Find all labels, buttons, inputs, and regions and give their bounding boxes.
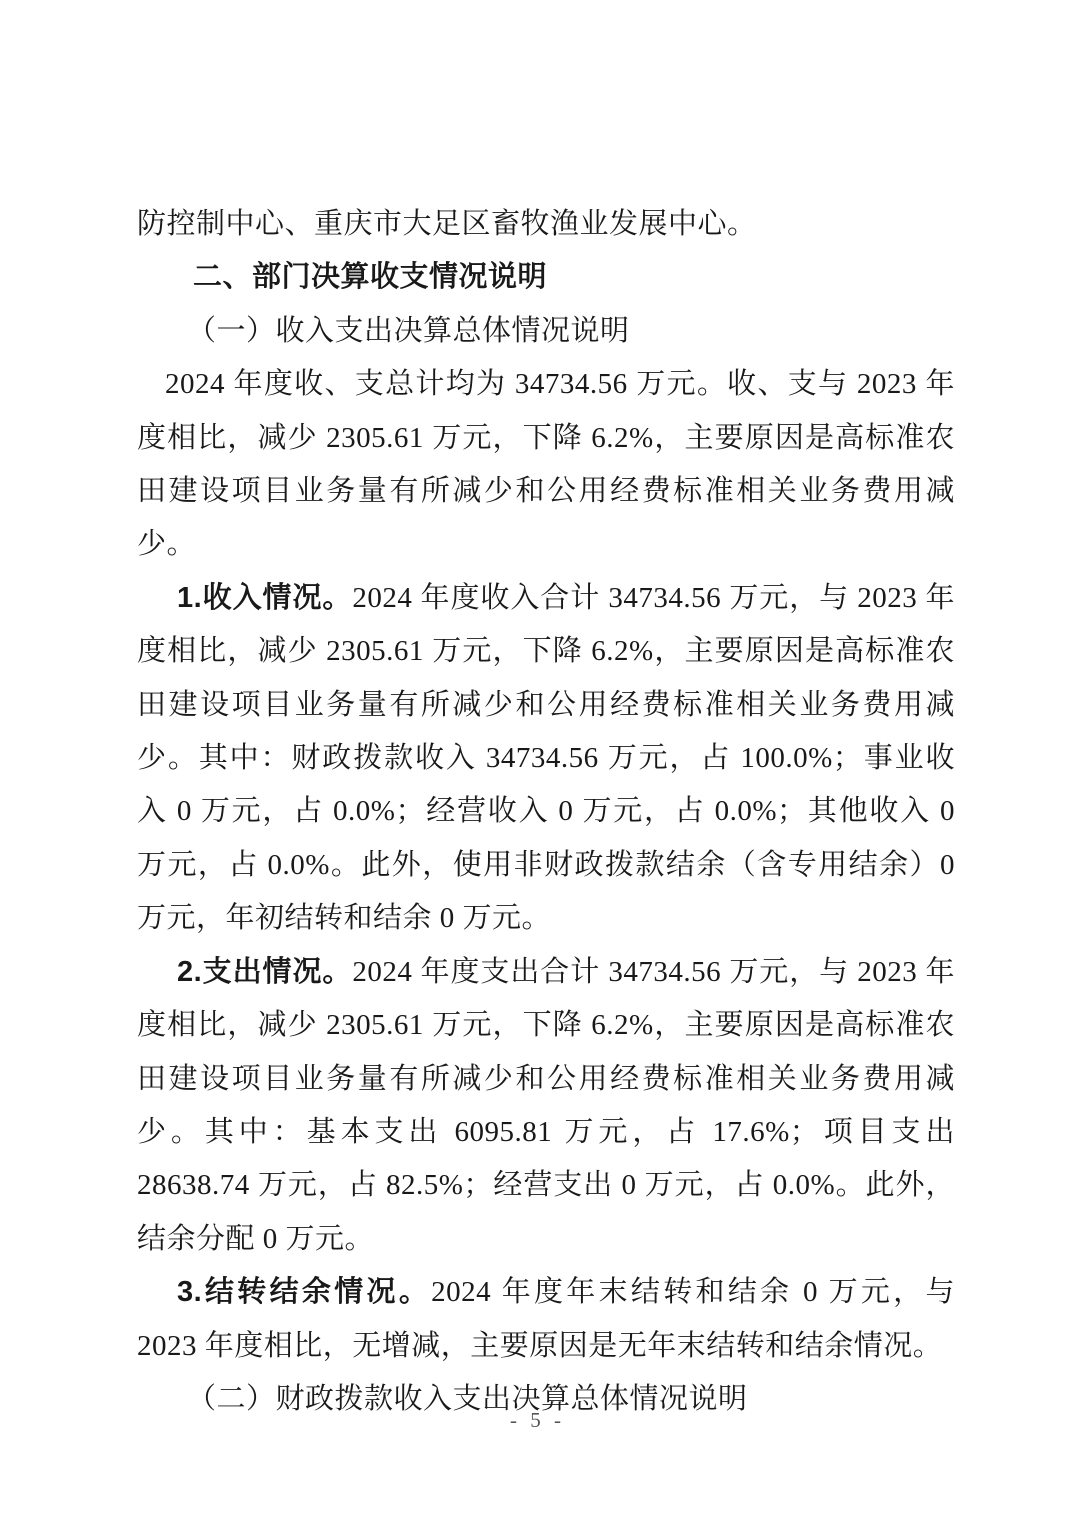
heading-text: （一）收入支出决算总体情况说明: [187, 315, 630, 347]
body-paragraph-expenditure: 2.支出情况。2024 年度支出合计 34734.56 万元，与 2023 年度…: [137, 946, 955, 1266]
section-heading-2: 二、部门决算收支情况说明: [137, 251, 955, 304]
paragraph-lead-label: 3.结转结余情况。: [177, 1276, 431, 1308]
heading-text: 二、部门决算收支情况说明: [193, 261, 547, 293]
paragraph-text: 2024 年度收入合计 34734.56 万元，与 2023 年度相比，减少 2…: [137, 582, 955, 934]
paragraph-text: 2024 年度收、支总计均为 34734.56 万元。收、支与 2023 年度相…: [137, 368, 955, 560]
body-paragraph-carryover: 3.结转结余情况。2024 年度年末结转和结余 0 万元，与 2023 年度相比…: [137, 1266, 955, 1373]
paragraph-text: 2024 年度支出合计 34734.56 万元，与 2023 年度相比，减少 2…: [137, 956, 955, 1255]
document-page: 防控制中心、重庆市大足区畜牧渔业发展中心。 二、部门决算收支情况说明 （一）收入…: [0, 0, 1075, 1520]
page-number: - 5 -: [0, 1408, 1075, 1433]
paragraph-lead-label: 2.支出情况。: [177, 956, 352, 988]
paragraph-continuation: 防控制中心、重庆市大足区畜牧渔业发展中心。: [137, 198, 955, 251]
document-body: 防控制中心、重庆市大足区畜牧渔业发展中心。 二、部门决算收支情况说明 （一）收入…: [137, 198, 955, 1426]
paragraph-text: 防控制中心、重庆市大足区畜牧渔业发展中心。: [137, 208, 757, 240]
body-paragraph-overview: 2024 年度收、支总计均为 34734.56 万元。收、支与 2023 年度相…: [137, 358, 955, 572]
body-paragraph-income: 1.收入情况。2024 年度收入合计 34734.56 万元，与 2023 年度…: [137, 572, 955, 946]
subsection-heading-1: （一）收入支出决算总体情况说明: [137, 305, 955, 358]
paragraph-lead-label: 1.收入情况。: [177, 582, 352, 614]
